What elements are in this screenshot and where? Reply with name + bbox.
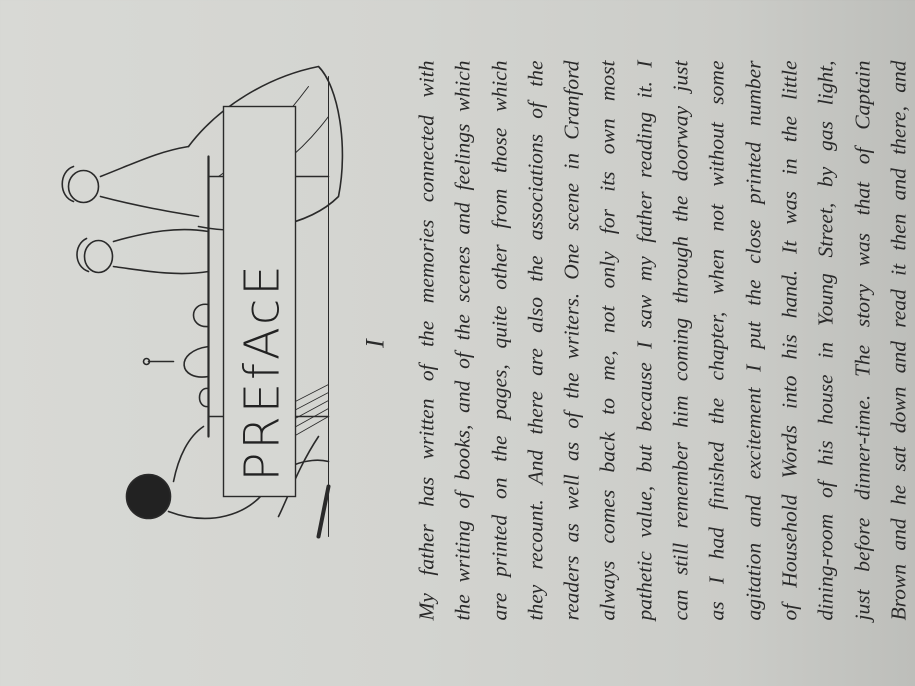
text-line: Brown and he sat down and read it then a… xyxy=(880,60,915,620)
text-line: always comes back to me, not only for it… xyxy=(589,60,625,620)
text-line: readers as well as of the writers. One s… xyxy=(553,60,589,620)
book-page: PREfAcE I My father has written of the m… xyxy=(0,0,915,686)
tea-party-drawing-icon: PREfAcE xyxy=(28,56,358,556)
preface-illustration: PREfAcE xyxy=(28,56,358,556)
text-line: pathetic value, but because I saw my fat… xyxy=(626,60,662,620)
text-line: they recount. And there are also the ass… xyxy=(517,60,553,620)
chapter-numeral: I xyxy=(360,0,390,686)
text-line: dining-room of his house in Young Street… xyxy=(807,60,843,620)
text-line: are printed on the pages, quite other fr… xyxy=(481,60,517,620)
text-line: the writing of books, and of the scenes … xyxy=(444,60,480,620)
text-line: just before dinner-time. The story was t… xyxy=(844,60,880,620)
text-line: can still remember him coming through th… xyxy=(662,60,698,620)
banner-title: PREfAcE xyxy=(234,262,290,481)
text-line: My father has written of the memories co… xyxy=(408,60,444,620)
text-line: agitation and excitement I put the close… xyxy=(735,60,771,620)
text-line: of Household Words into his hand. It was… xyxy=(771,60,807,620)
photo-frame: PREfAcE I My father has written of the m… xyxy=(0,0,915,686)
text-line: as I had finished the chapter, when not … xyxy=(698,60,734,620)
preface-body-text: My father has written of the memories co… xyxy=(408,60,915,620)
